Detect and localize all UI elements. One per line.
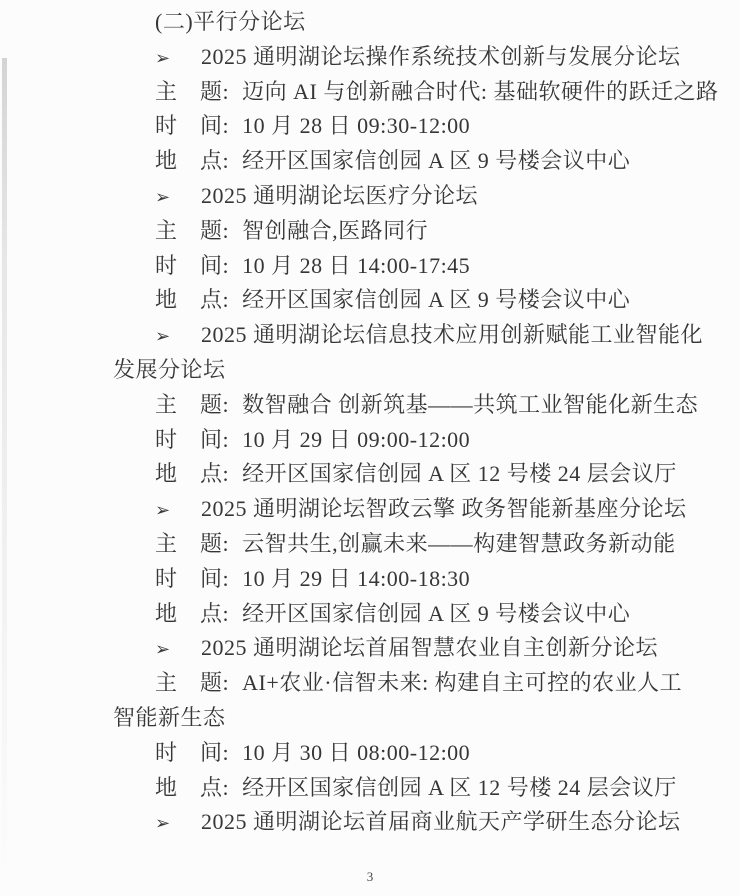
venue-label: 地 点: [155, 457, 229, 492]
topic-label: 主 题: [155, 75, 229, 110]
topic-row: 主 题:数智融合 创新筑基——共筑工业智能化新生态 [113, 388, 691, 423]
venue-label: 地 点: [155, 597, 229, 632]
time-row: 时 间:10 月 29 日 14:00-18:30 [113, 562, 691, 597]
time-label: 时 间: [155, 562, 229, 597]
topic-label: 主 题: [155, 666, 229, 701]
time-value: 10 月 29 日 14:00-18:30 [242, 566, 470, 591]
topic-row: 主 题:AI+农业·信智未来: 构建自主可控的农业人工 [113, 666, 691, 701]
time-value: 10 月 28 日 09:30-12:00 [242, 113, 470, 138]
venue-value: 经开区国家信创园 A 区 9 号楼会议中心 [242, 287, 630, 312]
scan-edge-shadow [2, 58, 7, 886]
topic-value: AI+农业·信智未来: 构建自主可控的农业人工 [242, 670, 682, 695]
topic-value: 迈向 AI 与创新融合时代: 基础软硬件的跃迁之路 [242, 79, 718, 104]
time-row: 时 间:10 月 29 日 09:00-12:00 [113, 423, 691, 458]
topic-label: 主 题: [155, 214, 229, 249]
bullet-arrow-icon: ➢ [155, 632, 201, 667]
venue-value: 经开区国家信创园 A 区 9 号楼会议中心 [242, 601, 630, 626]
time-label: 时 间: [155, 736, 229, 771]
time-label: 时 间: [155, 249, 229, 284]
venue-label: 地 点: [155, 283, 229, 318]
bullet-arrow-icon: ➢ [155, 319, 201, 354]
time-row: 时 间:10 月 28 日 09:30-12:00 [113, 109, 691, 144]
forum-title: 2025 通明湖论坛智政云擎 政务智能新基座分论坛 [201, 496, 687, 521]
bullet-arrow-icon: ➢ [155, 493, 201, 528]
forum-title-wrap-line: 发展分论坛 [113, 353, 691, 388]
topic-wrap-line: 智能新生态 [113, 701, 691, 736]
forum-title-row: ➢2025 通明湖论坛首届智慧农业自主创新分论坛 [113, 631, 691, 666]
forum-title: 2025 通明湖论坛首届商业航天产学研生态分论坛 [201, 809, 681, 834]
forum-title: 2025 通明湖论坛首届智慧农业自主创新分论坛 [201, 635, 658, 660]
bullet-arrow-icon: ➢ [155, 41, 201, 76]
venue-row: 地 点:经开区国家信创园 A 区 12 号楼 24 层会议厅 [113, 457, 691, 492]
topic-label: 主 题: [155, 527, 229, 562]
time-row: 时 间:10 月 28 日 14:00-17:45 [113, 249, 691, 284]
forum-title-row: ➢2025 通明湖论坛首届商业航天产学研生态分论坛 [113, 805, 691, 840]
topic-row: 主 题:智创融合,医路同行 [113, 214, 691, 249]
venue-row: 地 点:经开区国家信创园 A 区 9 号楼会议中心 [113, 597, 691, 632]
venue-label: 地 点: [155, 144, 229, 179]
venue-value: 经开区国家信创园 A 区 9 号楼会议中心 [242, 148, 630, 173]
page-number: 3 [0, 869, 740, 885]
document-body: (二)平行分论坛 ➢2025 通明湖论坛操作系统技术创新与发展分论坛 主 题:迈… [113, 5, 691, 840]
topic-row: 主 题:云智共生,创赢未来——构建智慧政务新动能 [113, 527, 691, 562]
topic-value: 智创融合,医路同行 [242, 218, 428, 243]
venue-label: 地 点: [155, 771, 229, 806]
topic-label: 主 题: [155, 388, 229, 423]
time-label: 时 间: [155, 109, 229, 144]
document-page: (二)平行分论坛 ➢2025 通明湖论坛操作系统技术创新与发展分论坛 主 题:迈… [0, 0, 740, 896]
forum-title-row: ➢2025 通明湖论坛医疗分论坛 [113, 179, 691, 214]
venue-value: 经开区国家信创园 A 区 12 号楼 24 层会议厅 [242, 775, 677, 800]
topic-value: 云智共生,创赢未来——构建智慧政务新动能 [242, 531, 676, 556]
forum-title: 2025 通明湖论坛医疗分论坛 [201, 183, 478, 208]
forum-title: 2025 通明湖论坛操作系统技术创新与发展分论坛 [201, 44, 681, 69]
forum-title-row: ➢2025 通明湖论坛操作系统技术创新与发展分论坛 [113, 40, 691, 75]
time-value: 10 月 30 日 08:00-12:00 [242, 740, 470, 765]
forum-title-row: ➢2025 通明湖论坛信息技术应用创新赋能工业智能化 [113, 318, 691, 353]
topic-row: 主 题:迈向 AI 与创新融合时代: 基础软硬件的跃迁之路 [113, 75, 691, 110]
venue-row: 地 点:经开区国家信创园 A 区 12 号楼 24 层会议厅 [113, 771, 691, 806]
venue-row: 地 点:经开区国家信创园 A 区 9 号楼会议中心 [113, 144, 691, 179]
bullet-arrow-icon: ➢ [155, 180, 201, 215]
forum-title-row: ➢2025 通明湖论坛智政云擎 政务智能新基座分论坛 [113, 492, 691, 527]
bullet-arrow-icon: ➢ [155, 806, 201, 841]
forum-title: 2025 通明湖论坛信息技术应用创新赋能工业智能化 [201, 322, 703, 347]
section-heading: (二)平行分论坛 [113, 5, 691, 40]
time-value: 10 月 29 日 09:00-12:00 [242, 427, 470, 452]
topic-value: 数智融合 创新筑基——共筑工业智能化新生态 [242, 392, 698, 417]
time-row: 时 间:10 月 30 日 08:00-12:00 [113, 736, 691, 771]
venue-row: 地 点:经开区国家信创园 A 区 9 号楼会议中心 [113, 283, 691, 318]
time-label: 时 间: [155, 423, 229, 458]
time-value: 10 月 28 日 14:00-17:45 [242, 253, 470, 278]
venue-value: 经开区国家信创园 A 区 12 号楼 24 层会议厅 [242, 461, 677, 486]
